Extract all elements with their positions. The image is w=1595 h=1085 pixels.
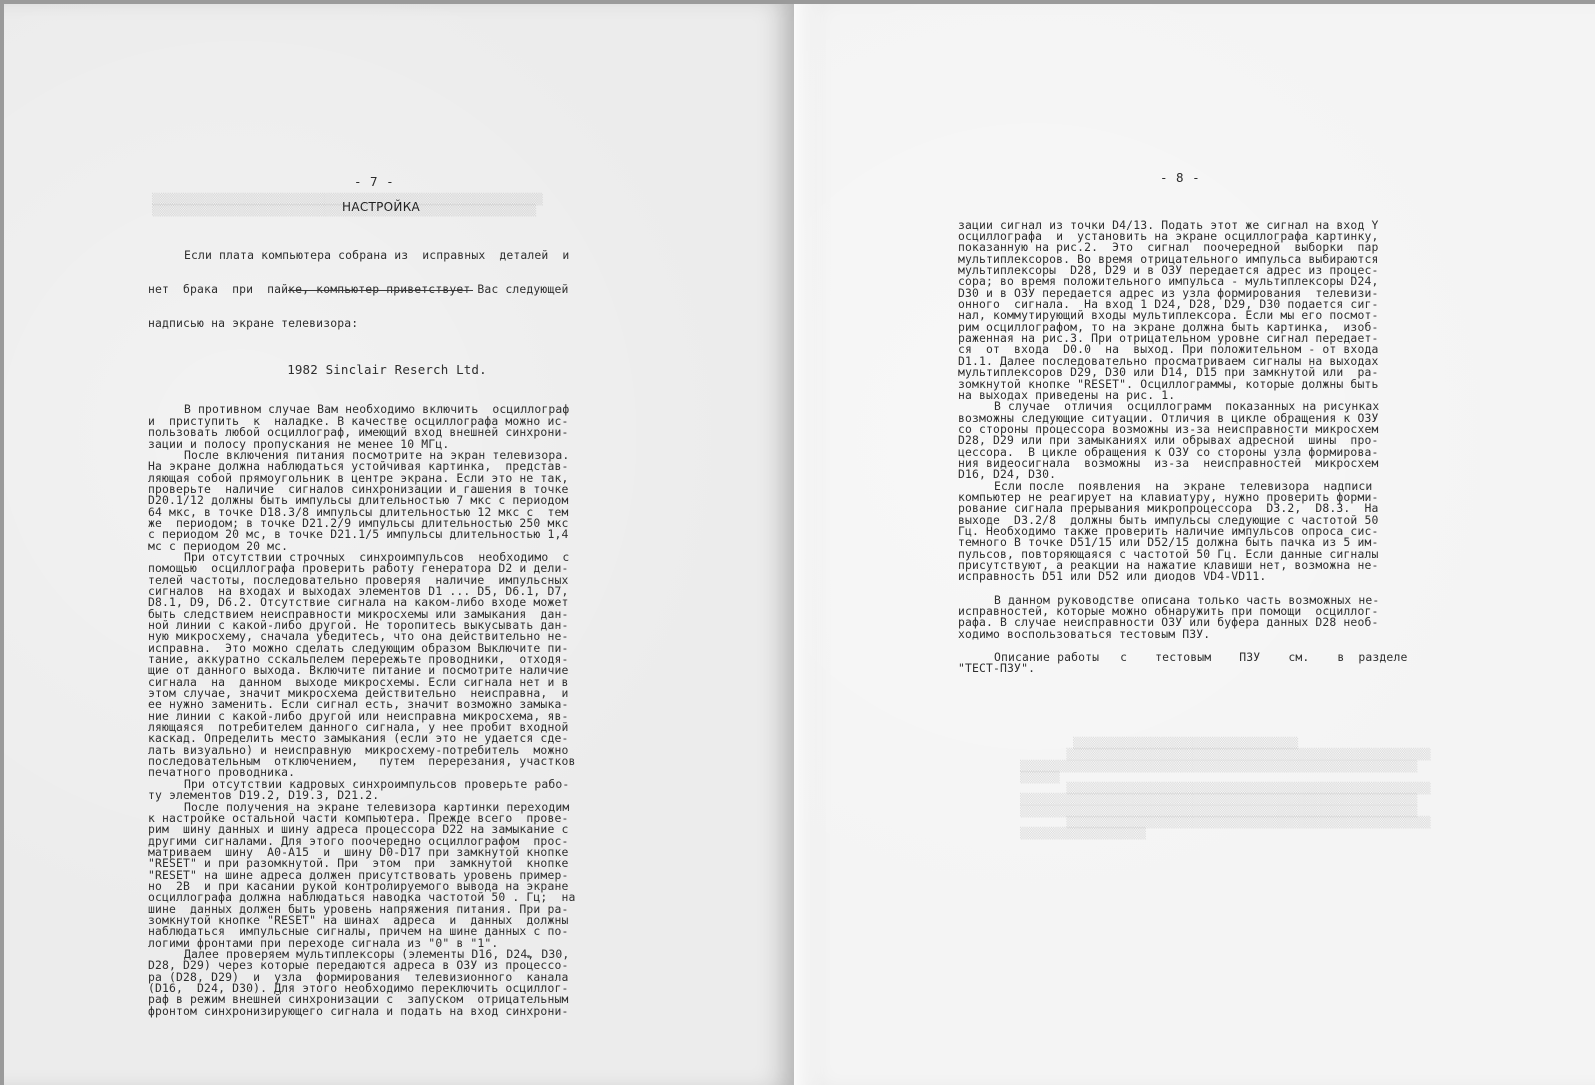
text-line: фронтом синхронизирующего сигнала и пода…: [148, 1006, 626, 1017]
bleed-through-text: ▒▒▒▒▒▒▒▒▒▒▒▒▒▒▒▒▒▒▒▒▒▒▒▒▒▒▒▒▒▒▒▒▒▒ ▒▒▒▒▒…: [1020, 738, 1431, 840]
text-line: ходимо воспользоваться тестовым ПЗУ.: [958, 629, 1438, 640]
left-page-text: Если плата компьютера собрана из исправн…: [148, 227, 626, 1040]
paper-speck: [527, 955, 530, 958]
paragraph: зации сигнал из точки D4/13. Подать этот…: [958, 220, 1438, 583]
page-number-left: - 7 -: [354, 174, 394, 189]
paragraph: Описание работы с тестовым ПЗУ см. в раз…: [958, 652, 1438, 675]
text-line: исправность D51 или D52 или диодов VD4-V…: [958, 571, 1438, 582]
text-line: Если плата компьютера собрана из исправн…: [148, 250, 626, 261]
greeting-underline: [288, 290, 473, 291]
book-gutter: [794, 4, 824, 1085]
right-page-text: зации сигнал из точки D4/13. Подать этот…: [958, 197, 1438, 697]
section-title: НАСТРОЙКА: [342, 200, 420, 214]
page-number-right: - 8 -: [1160, 170, 1200, 185]
text-line: "ТЕСТ-ПЗУ".: [958, 663, 1438, 674]
right-body: зации сигнал из точки D4/13. Подать этот…: [958, 220, 1438, 675]
greeting-message: 1982 Sinclair Reserch Ltd.: [148, 360, 626, 380]
left-body: В противном случае Вам необходимо включи…: [148, 404, 626, 1017]
text-line: надписью на экране телевизора:: [148, 318, 626, 329]
book-spread: ▒▒▒▒▒▒▒▒▒▒▒▒▒▒▒▒▒▒▒▒▒▒▒▒▒▒▒▒▒▒▒▒▒▒▒▒▒▒▒▒…: [0, 0, 1595, 1085]
paragraph: В данном руководстве описана только част…: [958, 595, 1438, 640]
